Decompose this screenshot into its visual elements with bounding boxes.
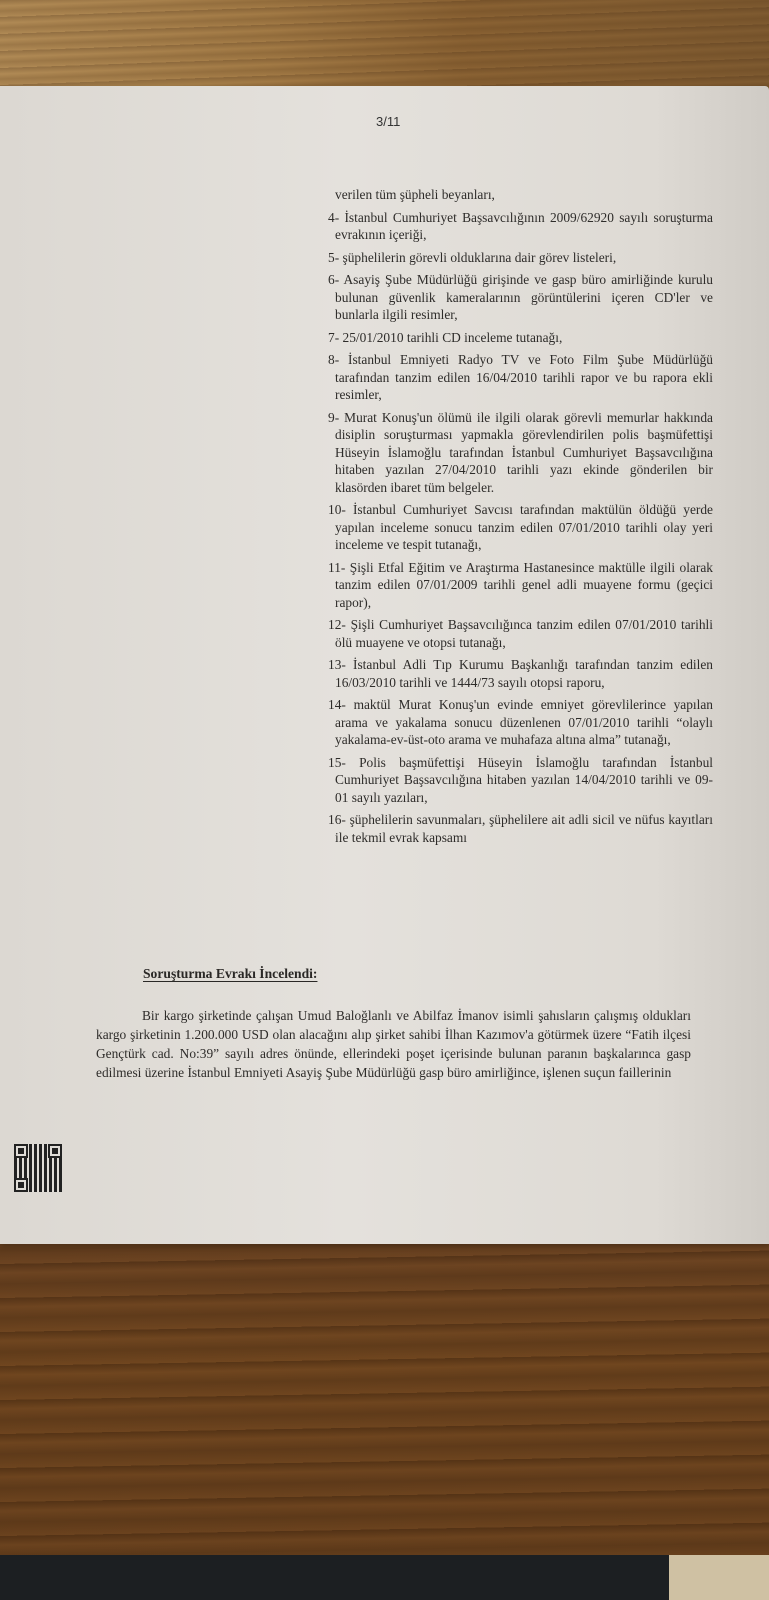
evidence-list: verilen tüm şüpheli beyanları,4- İstanbu… (328, 186, 713, 851)
list-item-number: 13- (328, 657, 346, 672)
floor-background (0, 1555, 769, 1600)
list-item-text: İstanbul Emniyeti Radyo TV ve Foto Film … (335, 352, 713, 402)
list-item-text: Murat Konuş'un ölümü ile ilgili olarak g… (335, 410, 713, 495)
list-item: 13- İstanbul Adli Tıp Kurumu Başkanlığı … (328, 656, 713, 691)
list-item-number: 10- (328, 502, 346, 517)
list-item-text: İstanbul Cumhuriyet Başsavcılığının 2009… (335, 210, 713, 243)
list-item: 16- şüphelilerin savunmaları, şüpheliler… (328, 811, 713, 846)
qr-finder-pattern (48, 1144, 62, 1158)
list-item: verilen tüm şüpheli beyanları, (328, 186, 713, 204)
list-item-text: İstanbul Adli Tıp Kurumu Başkanlığı tara… (335, 657, 713, 690)
list-item-text: 25/01/2010 tarihli CD inceleme tutanağı, (343, 330, 563, 345)
list-item: 10- İstanbul Cumhuriyet Savcısı tarafınd… (328, 501, 713, 554)
list-item-text: maktül Murat Konuş'un evinde emniyet gör… (335, 697, 713, 747)
list-item-number: 8- (328, 352, 339, 367)
page-number: 3/11 (376, 114, 400, 129)
list-item-text: Şişli Etfal Eğitim ve Araştırma Hastanes… (335, 560, 713, 610)
list-item-text: şüphelilerin savunmaları, şüphelilere ai… (335, 812, 713, 845)
section-paragraph: Bir kargo şirketinde çalışan Umud Baloğl… (96, 1006, 691, 1082)
list-item-number: 7- (328, 330, 339, 345)
list-item: 6- Asayiş Şube Müdürlüğü girişinde ve ga… (328, 271, 713, 324)
list-item-number: 12- (328, 617, 346, 632)
list-item-number: 6- (328, 272, 339, 287)
list-item: 4- İstanbul Cumhuriyet Başsavcılığının 2… (328, 209, 713, 244)
list-item-text: şüphelilerin görevli olduklarına dair gö… (343, 250, 617, 265)
qr-code-icon (14, 1144, 62, 1192)
list-item-number: 9- (328, 410, 339, 425)
list-item: 15- Polis başmüfettişi Hüseyin İslamoğlu… (328, 754, 713, 807)
list-item-number: 11- (328, 560, 345, 575)
wooden-table-top (0, 0, 769, 100)
list-item-text: Polis başmüfettişi Hüseyin İslamoğlu tar… (335, 755, 713, 805)
list-item-number: 4- (328, 210, 339, 225)
list-item-text: Şişli Cumhuriyet Başsavcılığınca tanzim … (335, 617, 713, 650)
list-item-number: 15- (328, 755, 346, 770)
list-item-number: 16- (328, 812, 346, 827)
section-heading: Soruşturma Evrakı İncelendi: (143, 966, 317, 982)
list-item: 5- şüphelilerin görevli olduklarına dair… (328, 249, 713, 267)
list-item: 9- Murat Konuş'un ölümü ile ilgili olara… (328, 409, 713, 497)
list-item-text: verilen tüm şüpheli beyanları, (335, 187, 495, 202)
list-item-number: 5- (328, 250, 339, 265)
list-item: 12- Şişli Cumhuriyet Başsavcılığınca tan… (328, 616, 713, 651)
list-item: 7- 25/01/2010 tarihli CD inceleme tutana… (328, 329, 713, 347)
list-item: 14- maktül Murat Konuş'un evinde emniyet… (328, 696, 713, 749)
document-page: 3/11 verilen tüm şüpheli beyanları,4- İs… (0, 86, 769, 1244)
list-item-text: Asayiş Şube Müdürlüğü girişinde ve gasp … (335, 272, 713, 322)
list-item-text: İstanbul Cumhuriyet Savcısı tarafından m… (335, 502, 713, 552)
list-item: 11- Şişli Etfal Eğitim ve Araştırma Hast… (328, 559, 713, 612)
wooden-table-bottom (0, 1230, 769, 1560)
list-item-number: 14- (328, 697, 346, 712)
list-item: 8- İstanbul Emniyeti Radyo TV ve Foto Fi… (328, 351, 713, 404)
